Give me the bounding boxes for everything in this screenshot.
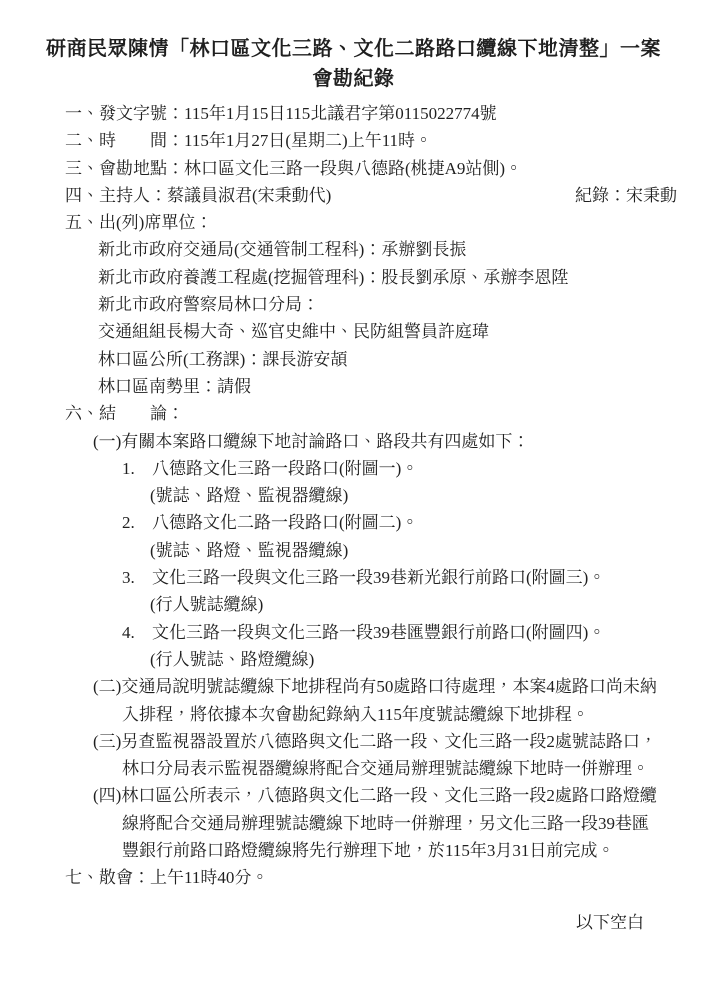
location-item-1-text: 八德路文化三路一段路口(附圖一)。 — [152, 459, 418, 478]
list-number: 4. — [122, 619, 152, 646]
inspection-location-line: 三、會勘地點：林口區文化三路一段與八德路(桃捷A9站側)。 — [65, 155, 677, 182]
item-marker: (三) — [93, 732, 121, 751]
meeting-time-text: 時 間：115年1月27日(星期二)上午11時。 — [99, 131, 432, 150]
attendee-item: 新北市政府養護工程處(挖掘管理科)：股長劉承原、承辦李恩陞 — [98, 264, 667, 291]
item-marker: 五、 — [65, 213, 99, 232]
location-item-3: 3.文化三路一段與文化三路一段39巷新光銀行前路口(附圖三)。 — [152, 564, 677, 591]
conclusion-item-2: (二)交通局說明號誌纜線下地排程尚有50處路口待處理，本案4處路口尚未納入排程，… — [122, 673, 659, 728]
list-number: 2. — [122, 509, 152, 536]
item-marker: (四) — [93, 786, 121, 805]
conclusion-item-3: (三)另查監視器設置於八德路與文化二路一段、文化三路一段2處號誌路口，林口分局表… — [122, 728, 659, 783]
cable-note-1: (號誌、路燈、監視器纜線) — [150, 482, 677, 509]
attendee-item: 新北市政府警察局林口分局： — [98, 291, 667, 318]
location-item-2-text: 八德路文化二路一段路口(附圖二)。 — [152, 513, 418, 532]
location-item-4: 4.文化三路一段與文化三路一段39巷匯豐銀行前路口(附圖四)。 — [152, 619, 677, 646]
adjournment-line: 七、散會：上午11時40分。 — [65, 864, 677, 891]
below-blank-note: 以下空白 — [0, 909, 644, 936]
conclusion-item-4: (四)林口區公所表示，八德路與文化二路一段、文化三路一段2處路口路燈纜線將配合交… — [122, 782, 659, 864]
host-text: 主持人：蔡議員淑君(宋秉動代) — [99, 182, 331, 209]
location-item-4-text: 文化三路一段與文化三路一段39巷匯豐銀行前路口(附圖四)。 — [152, 623, 605, 642]
conclusion-item-4-text: 林口區公所表示，八德路與文化二路一段、文化三路一段2處路口路燈纜線將配合交通局辦… — [121, 786, 657, 860]
adjournment-text: 散會：上午11時40分。 — [99, 868, 268, 887]
conclusion-item-1: (一)有關本案路口纜線下地討論路口、路段共有四處如下： — [122, 428, 659, 455]
attendee-item: 新北市政府交通局(交通管制工程科)：承辦劉長振 — [98, 236, 667, 263]
list-number: 3. — [122, 564, 152, 591]
doc-title-line2: 會勘紀錄 — [0, 64, 707, 94]
cable-note-3: (行人號誌纜線) — [150, 591, 677, 618]
attendees-heading-text: 出(列)席單位： — [99, 213, 212, 232]
attendee-item: 交通組組長楊大奇、巡官史維中、民防組警員許庭瑋 — [98, 318, 667, 345]
host-line: 四、主持人：蔡議員淑君(宋秉動代)紀錄：宋秉動 — [65, 182, 677, 209]
recorder-label: 紀錄：宋秉動 — [575, 182, 677, 209]
doc-number-text: 發文字號：115年1月15日115北議君字第0115022774號 — [99, 104, 497, 123]
item-marker: 四、 — [65, 182, 99, 209]
cable-note-2: (號誌、路燈、監視器纜線) — [150, 537, 677, 564]
item-marker: 六、 — [65, 404, 99, 423]
meeting-time-line: 二、時 間：115年1月27日(星期二)上午11時。 — [65, 127, 677, 154]
item-marker: (二) — [93, 677, 121, 696]
conclusion-item-2-text: 交通局說明號誌纜線下地排程尚有50處路口待處理，本案4處路口尚未納入排程，將依據… — [121, 677, 657, 723]
conclusion-heading-line: 六、結 論： — [65, 400, 677, 427]
location-item-2: 2.八德路文化二路一段路口(附圖二)。 — [152, 509, 677, 536]
doc-body: 一、發文字號：115年1月15日115北議君字第0115022774號 二、時 … — [0, 100, 707, 936]
location-item-3-text: 文化三路一段與文化三路一段39巷新光銀行前路口(附圖三)。 — [152, 568, 605, 587]
list-number: 1. — [122, 455, 152, 482]
location-item-1: 1.八德路文化三路一段路口(附圖一)。 — [152, 455, 677, 482]
meeting-minutes-page: 研商民眾陳情「林口區文化三路、文化二路路口纜線下地清整」一案 會勘紀錄 一、發文… — [0, 0, 707, 1000]
conclusion-item-3-text: 另查監視器設置於八德路與文化二路一段、文化三路一段2處號誌路口，林口分局表示監視… — [121, 732, 657, 778]
item-marker: 一、 — [65, 104, 99, 123]
item-marker: 二、 — [65, 131, 99, 150]
item-marker: 三、 — [65, 159, 99, 178]
cable-note-4: (行人號誌、路燈纜線) — [150, 646, 677, 673]
conclusion-item-1-text: 有關本案路口纜線下地討論路口、路段共有四處如下： — [121, 432, 529, 451]
item-marker: 七、 — [65, 868, 99, 887]
attendee-item: 林口區南勢里：請假 — [98, 373, 667, 400]
inspection-location-text: 會勘地點：林口區文化三路一段與八德路(桃捷A9站側)。 — [99, 159, 522, 178]
conclusion-heading-text: 結 論： — [99, 404, 184, 423]
doc-title-line1: 研商民眾陳情「林口區文化三路、文化二路路口纜線下地清整」一案 — [0, 34, 707, 64]
item-marker: (一) — [93, 432, 121, 451]
attendees-heading-line: 五、出(列)席單位： — [65, 209, 677, 236]
attendee-item: 林口區公所(工務課)：課長游安頡 — [98, 346, 667, 373]
doc-number-line: 一、發文字號：115年1月15日115北議君字第0115022774號 — [65, 100, 677, 127]
